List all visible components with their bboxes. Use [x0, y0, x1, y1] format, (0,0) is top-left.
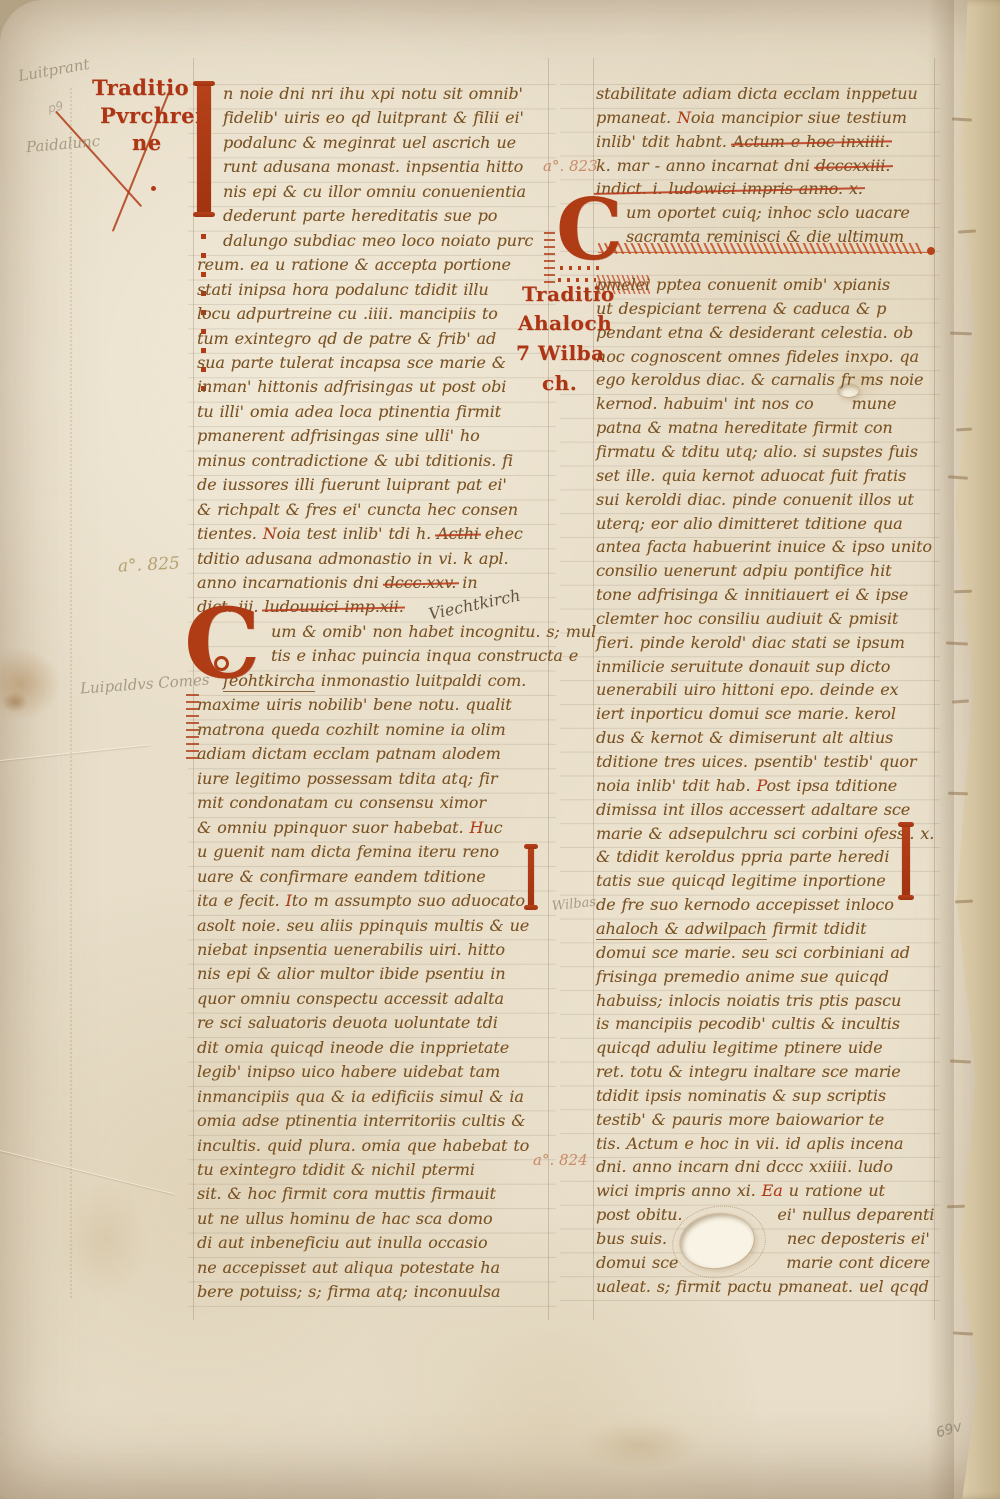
manuscript-line: de iussores illi fuerunt luiprant pat ei…: [197, 475, 549, 499]
manuscript-line: frisinga premedio anime sue quicqd: [596, 967, 936, 991]
text-segment: wici impris anno xi.: [596, 1181, 762, 1200]
initial-i-margin-right: [902, 824, 910, 898]
manuscript-line: u guenit nam dicta femina iteru reno: [197, 842, 549, 866]
initial-i-luitprant: [197, 83, 211, 215]
text-segment: uare & confirmare eandem tditione: [197, 867, 486, 886]
text-segment: antea facta habuerint inuice & ipso unit…: [596, 537, 932, 556]
manuscript-line: ut despiciant terrena & caduca & p: [596, 299, 936, 323]
rubric-traditio-line3: ne: [132, 131, 162, 155]
text-segment: podalunc & meginrat uel ascrich ue: [223, 133, 516, 152]
text-gap: [678, 1267, 786, 1268]
text-segment: stabilitate adiam dicta ecclam inppetuu: [596, 84, 918, 103]
manuscript-line: nis epi & cu illor omniu conuenientia: [197, 182, 549, 206]
text-segment: sacramta reminisci & die ultimum: [626, 227, 904, 246]
manuscript-line: sacramta reminisci & die ultimum: [596, 227, 936, 251]
manuscript-line: podalunc & meginrat uel ascrich ue: [197, 133, 549, 157]
stain: [0, 648, 60, 720]
text-segment: iure legitimo possessam tdita atq; fir: [197, 769, 497, 788]
manuscript-line: stati inipsa hora podalunc tdidit illu: [197, 280, 549, 304]
manuscript-line: dalungo subdiac meo loco noiato purc: [197, 231, 549, 255]
manuscript-line: adiam dictam ecclam patnam alodem: [197, 744, 549, 768]
manuscript-line: sit. & hoc firmit cora muttis firmauit: [197, 1184, 549, 1208]
text-segment: is mancipiis pecodib' cultis & incultis: [596, 1014, 900, 1033]
anno-825-note: a°. 825: [118, 554, 181, 577]
rubric-ahaloch-line2: Ahaloch: [518, 312, 612, 335]
manuscript-line: kernod. habuim' int nos comune: [596, 394, 936, 418]
stain: [60, 1180, 150, 1300]
text-segment: um & omib' non habet incognitu. s; mul: [271, 622, 596, 641]
manuscript-line: & tdidit keroldus ppria parte heredi: [596, 847, 936, 871]
text-segment: nec deposteris ei': [787, 1229, 930, 1248]
manuscript-line: locu adpurtreine cu .iiii. mancipiis to: [197, 304, 549, 328]
manuscript-line: ita e fecit. Ito m assumpto suo aduocato: [197, 891, 549, 915]
manuscript-line: consilio uenerunt adpiu pontifice hit: [596, 561, 936, 585]
text-segment: oia mancipior siue testium: [691, 108, 907, 127]
text-segment: H: [470, 818, 484, 837]
manuscript-line: hoc cognoscent omnes fideles inxpo. qa: [596, 347, 936, 371]
manuscript-line: patna & matna hereditate firmit con: [596, 418, 936, 442]
text-segment: & omniu ppinquor suor habebat.: [197, 818, 470, 837]
text-segment: & richpalt & fres ei' cuncta hec consen: [197, 500, 518, 519]
text-segment: tis e inhac puincia inqua constructa e: [271, 646, 578, 665]
text-segment: inmonastio luitpaldi com.: [315, 671, 526, 690]
manuscript-line: ne accepisset aut aliqua potestate ha: [197, 1258, 549, 1282]
text-segment: nis epi & cu illor omniu conuenientia: [223, 182, 526, 201]
manuscript-line: marie & adsepulchru sci corbini ofess'. …: [596, 824, 936, 848]
text-segment: asolt noie. seu aliis ppinquis multis & …: [197, 916, 529, 935]
corner-pencil-mark: p9: [47, 99, 65, 116]
text-segment: Actum e hoc inxiiii.: [733, 132, 890, 151]
manuscript-line: legib' inipso uico habere uidebat tam: [197, 1062, 549, 1086]
manuscript-line: pendant etna & desiderant celestia. ob: [596, 323, 936, 347]
text-segment: uterq; eor alio dimitteret tditione qua: [596, 514, 903, 533]
text-segment: tum exintegro qd de patre & frib' ad: [197, 329, 496, 348]
text-segment: clemter hoc consiliu audiuit & pmisit: [596, 609, 898, 628]
manuscript-line: pmelei pptea conuenit omib' xpianis: [596, 275, 936, 299]
text-segment: domui sce marie. seu sci corbiniani ad: [596, 943, 910, 962]
manuscript-line: iure legitimo possessam tdita atq; fir: [197, 769, 549, 793]
manuscript-line: iert inporticu domui sce marie. kerol: [596, 704, 936, 728]
manuscript-photo: 69v p9 n noie dni nri ihu xpi notu sit o…: [0, 0, 1000, 1499]
manuscript-line: inmancipiis qua & ia edificiis simul & i…: [197, 1087, 549, 1111]
text-segment: indict. i. ludowici impris anno. x.: [596, 179, 863, 198]
text-segment: n noie dni nri ihu xpi notu sit omnib': [223, 84, 523, 103]
manuscript-line: & omniu ppinquor suor habebat. Huc: [197, 818, 549, 842]
manuscript-line: tone adfrisinga & innitiauert ei & ipse: [596, 585, 936, 609]
manuscript-line: tu illi' omia adea loca ptinentia firmit: [197, 402, 549, 426]
text-segment: um oportet cuiq; inhoc sclo uacare: [626, 203, 910, 222]
anno-824-note: a°. 824: [533, 1152, 588, 1169]
text-segment: marie cont dicere: [786, 1253, 930, 1272]
stain: [2, 692, 28, 712]
rubric-ahaloch-line1: Traditio: [522, 283, 615, 306]
text-segment: to m assumpto suo aduocato: [292, 891, 525, 910]
text-segment: ost ipsa tditione: [766, 776, 897, 795]
stitch-mark: [953, 1331, 973, 1335]
text-segment: ne accepisset aut aliqua potestate ha: [197, 1258, 500, 1277]
text-segment: tditione tres uices. psentib' testib' qu…: [596, 752, 916, 771]
text-segment: incultis. quid plura. omia que habebat t…: [197, 1136, 529, 1155]
text-segment: dit omia quicqd ineode die inpprietate: [197, 1038, 509, 1057]
text-segment: de iussores illi fuerunt luiprant pat ei…: [197, 475, 507, 494]
text-segment: dni. anno incarn dni dccc xxiiii. ludo: [596, 1157, 893, 1176]
manuscript-line: de fre suo kernodo accepisset inloco: [596, 895, 936, 919]
manuscript-line: tum exintegro qd de patre & frib' ad: [197, 329, 549, 353]
text-segment: omia adse ptinentia interritoriis cultis…: [197, 1111, 525, 1130]
manuscript-line: uare & confirmare eandem tditione: [197, 867, 549, 891]
rubric-ahaloch-line3: 7 Wilba: [516, 342, 605, 365]
text-segment: tis. Actum e hoc in vii. id aplis incena: [596, 1134, 903, 1153]
stitch-mark: [952, 699, 969, 703]
text-segment: hoc cognoscent omnes fideles inxpo. qa: [596, 347, 919, 366]
manuscript-line: sui keroldi diac. pinde conuenit illos u…: [596, 490, 936, 514]
text-segment: N: [263, 524, 277, 543]
manuscript-line: tu exintegro tdidit & nichil ptermi: [197, 1160, 549, 1184]
manuscript-line: quor omniu conspectu accessit adalta: [197, 989, 549, 1013]
manuscript-line: incultis. quid plura. omia que habebat t…: [197, 1136, 549, 1160]
text-segment: ahaloch & adwilpach: [596, 919, 767, 940]
text-segment: ludouuici imp.xii.: [264, 597, 403, 616]
manuscript-line: wici impris anno xi. Ea u ratione ut: [596, 1181, 936, 1205]
text-gap: [682, 1219, 777, 1220]
manuscript-line: ego keroldus diac. & carnalis fr ms noie: [596, 370, 936, 394]
manuscript-line: is mancipiis pecodib' cultis & incultis: [596, 1014, 936, 1038]
manuscript-line: dederunt parte hereditatis sue po: [197, 206, 549, 230]
text-segment: domui sce: [596, 1253, 678, 1272]
text-segment: marie & adsepulchru sci corbini ofess'. …: [596, 824, 934, 843]
text-segment: tdidit ipsis nominatis & sup scriptis: [596, 1086, 886, 1105]
manuscript-line: inmilicie seruitute donauit sup dicto: [596, 657, 936, 681]
text-segment: sui keroldi diac. pinde conuenit illos u…: [596, 490, 914, 509]
text-segment: u ratione ut: [783, 1181, 885, 1200]
text-segment: dimissa int illos accessert adaltare sce: [596, 800, 910, 819]
manuscript-line: nis epi & alior multor ibide psentiu in: [197, 964, 549, 988]
manuscript-line: tatis sue quicqd legitime inportione: [596, 871, 936, 895]
manuscript-line: dit omia quicqd ineode die inpprietate: [197, 1038, 549, 1062]
rubric-traditio-line2: Pvrchrei: [100, 104, 204, 128]
manuscript-line: fidelib' uiris eo qd luitprant & filii e…: [197, 108, 549, 132]
text-segment: kernod. habuim' int nos co: [596, 394, 814, 413]
anno-823-note: a°. 823: [543, 158, 598, 175]
rubric-traditio-line1: Traditio: [92, 76, 189, 100]
manuscript-line: n noie dni nri ihu xpi notu sit omnib': [197, 84, 549, 108]
text-segment: firmatu & tditu utq; alio. si supstes fu…: [596, 442, 918, 461]
manuscript-line: minus contradictione & ubi tditionis. fi: [197, 451, 549, 475]
manuscript-line: tditione tres uices. psentib' testib' qu…: [596, 752, 936, 776]
manuscript-line: testib' & pauris more baiowarior te: [596, 1110, 936, 1134]
manuscript-line: tientes. Noia test inlib' tdi h. Acthi e…: [197, 524, 549, 548]
text-segment: inlib' tdit habnt.: [596, 132, 733, 151]
margin-note-luitprant: Luitprant: [17, 56, 91, 85]
text-segment: oia test inlib' tdi h.: [277, 524, 437, 543]
text-segment: matrona queda cozhilt nomine ia olim: [197, 720, 506, 739]
manuscript-line: uenerabili uiro hittoni epo. deinde ex: [596, 680, 936, 704]
text-segment: in: [456, 573, 477, 592]
text-segment: ego keroldus diac. & carnalis fr ms noie: [596, 370, 923, 389]
text-segment: locu adpurtreine cu .iiii. mancipiis to: [197, 304, 498, 323]
text-segment: k. mar - anno incarnat dni: [596, 156, 816, 175]
manuscript-line: habuiss; inlocis noiatis tris ptis pascu: [596, 991, 936, 1015]
manuscript-line: bere potuiss; s; firma atq; inconuulsa: [197, 1282, 549, 1306]
stitch-mark: [952, 117, 972, 121]
text-segment: u guenit nam dicta femina iteru reno: [197, 842, 499, 861]
pricking-marks: [70, 88, 72, 1298]
text-segment: ret. totu & integru inaltare sce marie: [596, 1062, 901, 1081]
manuscript-line: runt adusana monast. inpsentia hitto: [197, 157, 549, 181]
text-segment: mit condonatam cu consensu ximor: [197, 793, 486, 812]
manuscript-line: asolt noie. seu aliis ppinquis multis & …: [197, 916, 549, 940]
manuscript-line: domui sce marie. seu sci corbiniani ad: [596, 943, 936, 967]
manuscript-line: fieri. pinde kerold' diac stati se ipsum: [596, 633, 936, 657]
text-segment: fieri. pinde kerold' diac stati se ipsum: [596, 633, 905, 652]
text-segment: reum. ea u ratione & accepta portione: [197, 255, 511, 274]
text-segment: noia inlib' tdit hab.: [596, 776, 756, 795]
manuscript-line: ut ne ullus hominu de hac sca domo: [197, 1209, 549, 1233]
initial-c-cum-right: C: [556, 196, 623, 263]
text-segment: patna & matna hereditate firmit con: [596, 418, 893, 437]
text-segment: inman' hittonis adfrisingas ut post obi: [197, 377, 506, 396]
initial-c-cum-left: C: [184, 606, 260, 683]
text-segment: minus contradictione & ubi tditionis. fi: [197, 451, 513, 470]
text-segment: dalungo subdiac meo loco noiato purc: [223, 231, 533, 250]
text-segment: tu exintegro tdidit & nichil ptermi: [197, 1160, 475, 1179]
manuscript-line: stabilitate adiam dicta ecclam inppetuu: [596, 84, 936, 108]
text-segment: ut ne ullus hominu de hac sca domo: [197, 1209, 493, 1228]
manuscript-line: uterq; eor alio dimitteret tditione qua: [596, 514, 936, 538]
text-segment: ut despiciant terrena & caduca & p: [596, 299, 886, 318]
manuscript-line: sua parte tulerat incapsa sce marie &: [197, 353, 549, 377]
manuscript-line: tditio adusana admonastio in vi. k apl.: [197, 549, 549, 573]
rubric-ahaloch-line4: ch.: [542, 372, 577, 395]
text-segment: runt adusana monast. inpsentia hitto: [223, 157, 523, 176]
text-segment: inmancipiis qua & ia edificiis simul & i…: [197, 1087, 524, 1106]
manuscript-line: reum. ea u ratione & accepta portione: [197, 255, 549, 279]
manuscript-line: dni. anno incarn dni dccc xxiiii. ludo: [596, 1157, 936, 1181]
text-gap: [814, 408, 852, 409]
text-segment: N: [677, 108, 691, 127]
crease: [0, 744, 149, 761]
initial-i-small-left: [528, 846, 534, 908]
text-segment: di aut inbeneficiu aut inulla occasio: [197, 1233, 488, 1252]
manuscript-line: pmaneat. Noia mancipior siue testium: [596, 108, 936, 132]
text-segment: adiam dictam ecclam patnam alodem: [197, 744, 501, 763]
text-segment: P: [756, 776, 766, 795]
text-segment: tu illi' omia adea loca ptinentia firmit: [197, 402, 501, 421]
text-segment: consilio uenerunt adpiu pontifice hit: [596, 561, 891, 580]
stitch-mark: [947, 1205, 965, 1208]
manuscript-line: clemter hoc consiliu audiuit & pmisit: [596, 609, 936, 633]
manuscript-line: dimissa int illos accessert adaltare sce: [596, 800, 936, 824]
text-segment: sit. & hoc firmit cora muttis firmauit: [197, 1184, 496, 1203]
text-segment: pmaneat.: [596, 108, 677, 127]
text-segment: iert inporticu domui sce marie. kerol: [596, 704, 896, 723]
rubric-dot: [151, 186, 156, 191]
manuscript-line: pmanerent adfrisingas sine ulli' ho: [197, 426, 549, 450]
text-segment: & tdidit keroldus ppria parte heredi: [596, 847, 889, 866]
manuscript-line: inlib' tdit habnt. Actum e hoc inxiiii.: [596, 132, 936, 156]
manuscript-line: set ille. quia kernot aduocat fuit frati…: [596, 466, 936, 490]
manuscript-line: bus suis.nec deposteris ei': [596, 1229, 936, 1253]
text-segment: firmit tdidit: [767, 919, 867, 938]
manuscript-line: mit condonatam cu consensu ximor: [197, 793, 549, 817]
manuscript-line: dus & kernot & dimiserunt alt altius: [596, 728, 936, 752]
text-segment: quicqd aduliu legitime ptinere uide: [596, 1038, 883, 1057]
crease: [0, 1150, 175, 1195]
manuscript-line: di aut inbeneficiu aut inulla occasio: [197, 1233, 549, 1257]
text-segment: tditio adusana admonastio in vi. k apl.: [197, 549, 508, 568]
manuscript-line: post obitu.ei' nullus deparenti: [596, 1205, 936, 1229]
manuscript-line: indict. i. ludowici impris anno. x.: [596, 179, 936, 203]
manuscript-line: ret. totu & integru inaltare sce marie: [596, 1062, 936, 1086]
manuscript-line: noia inlib' tdit hab. Post ipsa tditione: [596, 776, 936, 800]
text-gap: [667, 1243, 787, 1244]
text-segment: bere potuiss; s; firma atq; inconuulsa: [197, 1282, 500, 1301]
text-segment: fidelib' uiris eo qd luitprant & filii e…: [223, 108, 524, 127]
manuscript-line: ualeat. s; firmit pactu pmaneat. uel qcq…: [596, 1277, 936, 1301]
text-segment: post obitu.: [596, 1205, 682, 1224]
text-segment: tientes.: [197, 524, 263, 543]
text-segment: Acthi: [437, 524, 479, 543]
manuscript-line: matrona queda cozhilt nomine ia olim: [197, 720, 549, 744]
text-segment: set ille. quia kernot aduocat fuit frati…: [596, 466, 906, 485]
text-segment: mune: [852, 394, 897, 413]
text-segment: niebat inpsentia uenerabilis uiri. hitto: [197, 940, 505, 959]
text-segment: bus suis.: [596, 1229, 667, 1248]
text-segment: dus & kernot & dimiserunt alt altius: [596, 728, 893, 747]
text-segment: ei' nullus deparenti: [777, 1205, 934, 1224]
text-segment: dederunt parte hereditatis sue po: [223, 206, 497, 225]
manuscript-line: inman' hittonis adfrisingas ut post obi: [197, 377, 549, 401]
manuscript-line: re sci saluatoris deuota uoluntate tdi: [197, 1013, 549, 1037]
text-segment: pendant etna & desiderant celestia. ob: [596, 323, 913, 342]
text-segment: ita e fecit.: [197, 891, 286, 910]
margin-note-paidalunc: Paidalunc: [25, 133, 100, 157]
text-segment: tone adfrisinga & innitiauert ei & ipse: [596, 585, 908, 604]
manuscript-line: niebat inpsentia uenerabilis uiri. hitto: [197, 940, 549, 964]
text-segment: Ea: [762, 1181, 783, 1200]
left-column: n noie dni nri ihu xpi notu sit omnib'fi…: [197, 0, 549, 1499]
page-edge-curl: [946, 0, 1000, 1499]
text-segment: pptea conuenit omib' xpianis: [650, 275, 890, 294]
manuscript-line: ahaloch & adwilpach firmit tdidit: [596, 919, 936, 943]
text-segment: dcccxxiii.: [816, 156, 891, 175]
text-segment: uc: [483, 818, 502, 837]
manuscript-line: firmatu & tditu utq; alio. si supstes fu…: [596, 442, 936, 466]
text-segment: ualeat. s; firmit pactu pmaneat. uel qcq…: [596, 1277, 929, 1296]
text-segment: ehec: [479, 524, 523, 543]
text-segment: uenerabili uiro hittoni epo. deinde ex: [596, 680, 898, 699]
text-segment: dccc.xxv.: [385, 573, 457, 592]
text-segment: legib' inipso uico habere uidebat tam: [197, 1062, 500, 1081]
text-segment: sua parte tulerat incapsa sce marie &: [197, 353, 506, 372]
text-segment: pmanerent adfrisingas sine ulli' ho: [197, 426, 480, 445]
manuscript-line: tdidit ipsis nominatis & sup scriptis: [596, 1086, 936, 1110]
text-segment: tatis sue quicqd legitime inportione: [596, 871, 886, 890]
parchment-page: 69v p9 n noie dni nri ihu xpi notu sit o…: [0, 0, 1000, 1499]
margin-note-wilbas: Wilbas: [551, 896, 597, 915]
text-segment: inmilicie seruitute donauit sup dicto: [596, 657, 890, 676]
text-segment: habuiss; inlocis noiatis tris ptis pascu: [596, 991, 901, 1010]
text-segment: frisinga premedio anime sue quicqd: [596, 967, 889, 986]
text-segment: quor omniu conspectu accessit adalta: [197, 989, 504, 1008]
right-column: stabilitate adiam dicta ecclam inppetuup…: [596, 0, 936, 1499]
manuscript-line: omia adse ptinentia interritoriis cultis…: [197, 1111, 549, 1135]
text-segment: stati inipsa hora podalunc tdidit illu: [197, 280, 489, 299]
manuscript-line: tis. Actum e hoc in vii. id aplis incena: [596, 1134, 936, 1158]
text-segment: de fre suo kernodo accepisset inloco: [596, 895, 894, 914]
manuscript-line: domui scemarie cont dicere: [596, 1253, 936, 1277]
text-segment: testib' & pauris more baiowarior te: [596, 1110, 884, 1129]
text-segment: re sci saluatoris deuota uoluntate tdi: [197, 1013, 498, 1032]
manuscript-line: k. mar - anno incarnat dni dcccxxiii.: [596, 156, 936, 180]
manuscript-line: quicqd aduliu legitime ptinere uide: [596, 1038, 936, 1062]
manuscript-line: antea facta habuerint inuice & ipso unit…: [596, 537, 936, 561]
manuscript-line: & richpalt & fres ei' cuncta hec consen: [197, 500, 549, 524]
text-segment: nis epi & alior multor ibide psentiu in: [197, 964, 505, 983]
manuscript-line: um oportet cuiq; inhoc sclo uacare: [596, 203, 936, 227]
